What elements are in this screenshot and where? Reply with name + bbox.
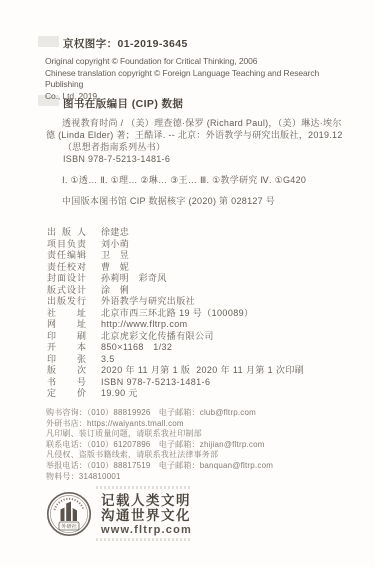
colophon-row-cover-design: 封面设计 孙莉明 彩奇风 bbox=[47, 273, 304, 285]
colophon-value: 卫 昱 bbox=[101, 250, 129, 262]
colophon-value: 涂 俐 bbox=[101, 285, 129, 297]
slogan-line: 沟通世界文化 bbox=[101, 508, 192, 523]
colophon-value: 3.5 bbox=[101, 354, 115, 366]
building-icon bbox=[61, 502, 78, 522]
colophon-value: 曹 妮 bbox=[101, 262, 129, 274]
colophon-row-printer: 印刷 北京虎彩文化传播有限公司 bbox=[47, 331, 304, 343]
print-artifact bbox=[96, 486, 192, 489]
colophon-row-website: 网址 http://www.fltrp.com bbox=[47, 319, 304, 331]
colophon-label: 印刷 bbox=[47, 331, 86, 343]
colophon-label: 责任校对 bbox=[47, 262, 86, 274]
colophon-label: 项目负责 bbox=[47, 239, 86, 251]
fltrp-press-seal-icon: 外研社 bbox=[46, 491, 92, 537]
colophon-label: 网址 bbox=[47, 319, 86, 331]
publisher-url: www.fltrp.com bbox=[101, 524, 192, 536]
colophon-value: 850×1168 1/32 bbox=[101, 342, 172, 354]
colophon-row-format: 开本 850×1168 1/32 bbox=[47, 342, 304, 354]
notice-piracy-line: 凡侵权、盗版书籍线索，请联系我社法律事务部 bbox=[46, 450, 273, 461]
colophon-value: 北京市西三环北路 19 号（100089） bbox=[101, 308, 253, 320]
colophon-row-edition: 版次 2020 年 11 月第 1 版 2020 年 11 月第 1 次印刷 bbox=[47, 365, 304, 377]
cip-series-note: （思想者指南系列丛书） bbox=[63, 141, 165, 153]
colophon-label: 版次 bbox=[47, 365, 86, 377]
colophon-value: 19.90 元 bbox=[101, 388, 138, 400]
cip-classification-line: Ⅰ. ①透… Ⅱ. ①理… ②琳… ③王… Ⅲ. ①教学研究 Ⅳ. ①G420 bbox=[62, 174, 306, 186]
copyright-line: Chinese translation copyright © Foreign … bbox=[45, 68, 345, 91]
colophon-row-publisher: 出版发行 外语教学与研究出版社 bbox=[47, 296, 304, 308]
colophon-label: 定价 bbox=[47, 388, 86, 400]
cip-heading: 图书在版编目 (CIP) 数据 bbox=[63, 96, 183, 111]
notice-purchase-line: 购书咨询：（010）88819926 电子邮箱：club@fltrp.com bbox=[46, 408, 273, 419]
colophon-row-proofreader: 责任校对 曹 妮 bbox=[47, 262, 304, 274]
colophon-value: 外语教学与研究出版社 bbox=[101, 296, 195, 308]
cip-entry: 透视教育时尚 / （美）理查德·保罗 (Richard Paul)，（美）琳达·… bbox=[46, 117, 346, 141]
publisher-footer: 外研社 记载人类文明 沟通世界文化 www.fltrp.com bbox=[46, 491, 192, 537]
colophon-label: 出版发行 bbox=[47, 296, 86, 308]
book-copyright-page: 京权图字：01-2019-3645 Original copyright © F… bbox=[0, 0, 375, 567]
print-artifact bbox=[96, 538, 192, 541]
colophon-label: 社址 bbox=[47, 308, 86, 320]
colophon-row-project-lead: 项目负责 刘小萌 bbox=[47, 239, 304, 251]
seal-banner-text: 外研社 bbox=[61, 522, 77, 530]
colophon-row-price: 定价 19.90 元 bbox=[47, 388, 304, 400]
colophon-label: 印张 bbox=[47, 354, 86, 366]
colophon-row-publisher-person: 出版人 徐建忠 bbox=[47, 227, 304, 239]
colophon-label: 封面设计 bbox=[47, 273, 86, 285]
notice-print-quality-line: 凡印刷、装订质量问题，请联系我社印制部 bbox=[46, 429, 273, 440]
colophon-label: 出版人 bbox=[47, 227, 86, 239]
cip-record-line: 中国版本图书馆 CIP 数据核字 (2020) 第 028127 号 bbox=[62, 195, 275, 207]
colophon-value: 孙莉明 彩奇风 bbox=[101, 273, 167, 285]
notice-material-number-line: 物料号：314810001 bbox=[46, 472, 273, 483]
notice-bookstore-line: 外研书店：https://waiyants.tmall.com bbox=[46, 419, 273, 430]
copyright-line: Original copyright © Foundation for Crit… bbox=[45, 56, 345, 68]
colophon-value: 北京虎彩文化传播有限公司 bbox=[101, 331, 214, 343]
notice-contact-line: 联系电话：（010）61207896 电子邮箱：zhijian@fltrp.co… bbox=[46, 440, 273, 451]
colophon-row-layout-design: 版式设计 涂 俐 bbox=[47, 285, 304, 297]
colophon-label: 责任编辑 bbox=[47, 250, 86, 262]
cip-entry-line: 德 (Linda Elder) 著；王酷译. -- 北京：外语教学与研究出版社，… bbox=[46, 129, 346, 141]
notice-report-line: 举报电话：（010）88817519 电子邮箱：banquan@fltrp.co… bbox=[46, 461, 273, 472]
colophon-label: 版式设计 bbox=[47, 285, 86, 297]
colophon-row-address: 社址 北京市西三环北路 19 号（100089） bbox=[47, 308, 304, 320]
cip-entry-line: 透视教育时尚 / （美）理查德·保罗 (Richard Paul)，（美）琳达·… bbox=[46, 117, 346, 129]
colophon-value: 徐建忠 bbox=[101, 227, 129, 239]
colophon-row-editor: 责任编辑 卫 昱 bbox=[47, 250, 304, 262]
colophon-value: 2020 年 11 月第 1 版 2020 年 11 月第 1 次印刷 bbox=[101, 365, 304, 377]
colophon-label: 开本 bbox=[47, 342, 86, 354]
cip-isbn-line: ISBN 978-7-5213-1481-6 bbox=[63, 153, 170, 165]
colophon-row-sheets: 印张 3.5 bbox=[47, 354, 304, 366]
colophon-row-isbn: 书号 ISBN 978-7-5213-1481-6 bbox=[47, 377, 304, 389]
registration-number-line: 京权图字：01-2019-3645 bbox=[63, 36, 188, 51]
colophon-block: 出版人 徐建忠 项目负责 刘小萌 责任编辑 卫 昱 责任校对 曹 妮 封面设计 … bbox=[47, 227, 304, 400]
colophon-value: 刘小萌 bbox=[101, 239, 129, 251]
scan-artifact bbox=[38, 36, 59, 47]
colophon-value: http://www.fltrp.com bbox=[101, 319, 188, 331]
slogan-line: 记载人类文明 bbox=[101, 493, 192, 508]
notices-block: 购书咨询：（010）88819926 电子邮箱：club@fltrp.com 外… bbox=[46, 408, 273, 482]
colophon-label: 书号 bbox=[47, 377, 86, 389]
publisher-slogans: 记载人类文明 沟通世界文化 www.fltrp.com bbox=[101, 493, 192, 536]
colophon-value: ISBN 978-7-5213-1481-6 bbox=[101, 377, 210, 389]
